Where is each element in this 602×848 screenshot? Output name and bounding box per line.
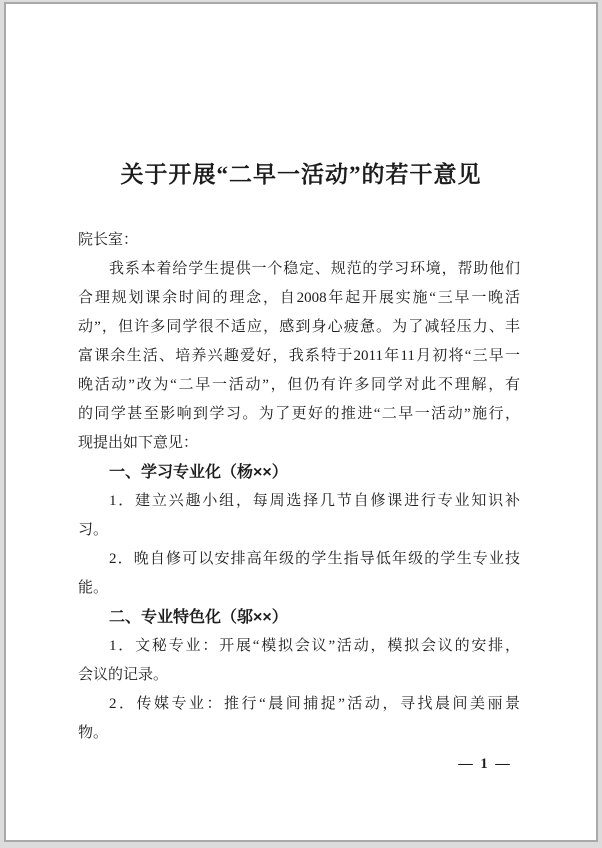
- list-item-line: 会议的记录。: [78, 661, 520, 690]
- intro-line: 富课余生活、培养兴趣爱好，我系特于2011年11月初将“三早一: [78, 342, 520, 371]
- list-item-line: 2．晚自修可以安排高年级的学生指导低年级的学生专业技: [78, 545, 520, 574]
- intro-line: 晚活动”改为“二早一活动”，但仍有许多同学对此不理解，有: [78, 371, 520, 400]
- document-page: 关于开展“二早一活动”的若干意见 院长室： 我系本着给学生提供一个稳定、规范的学…: [4, 2, 598, 842]
- section-heading: 二、专业特色化（邬××）: [78, 603, 520, 632]
- intro-line: 的同学甚至影响到学习。为了更好的推进“二早一活动”施行，: [78, 400, 520, 429]
- list-item-line: 1．建立兴趣小组，每周选择几节自修课进行专业知识补: [78, 487, 520, 516]
- page-number: — 1 —: [410, 756, 560, 773]
- list-item-line: 1．文秘专业：开展“模拟会议”活动，模拟会议的安排，: [78, 632, 520, 661]
- list-item-line: 2．传媒专业：推行“晨间捕捉”活动，寻找晨间美丽景: [78, 690, 520, 719]
- intro-line: 现提出如下意见：: [78, 429, 520, 458]
- intro-line: 合理规划课余时间的理念，自2008年起开展实施“三早一晚活: [78, 284, 520, 313]
- list-item-line: 物。: [78, 719, 520, 748]
- document-title: 关于开展“二早一活动”的若干意见: [6, 160, 596, 190]
- intro-line: 我系本着给学生提供一个稳定、规范的学习环境，帮助他们: [78, 255, 520, 284]
- intro-line: 动”，但许多同学很不适应，感到身心疲惫。为了减轻压力、丰: [78, 313, 520, 342]
- document-body: 院长室： 我系本着给学生提供一个稳定、规范的学习环境，帮助他们 合理规划课余时间…: [78, 226, 520, 748]
- section-heading: 一、学习专业化（杨××）: [78, 458, 520, 487]
- list-item-line: 能。: [78, 574, 520, 603]
- salutation: 院长室：: [78, 226, 520, 255]
- list-item-line: 习。: [78, 516, 520, 545]
